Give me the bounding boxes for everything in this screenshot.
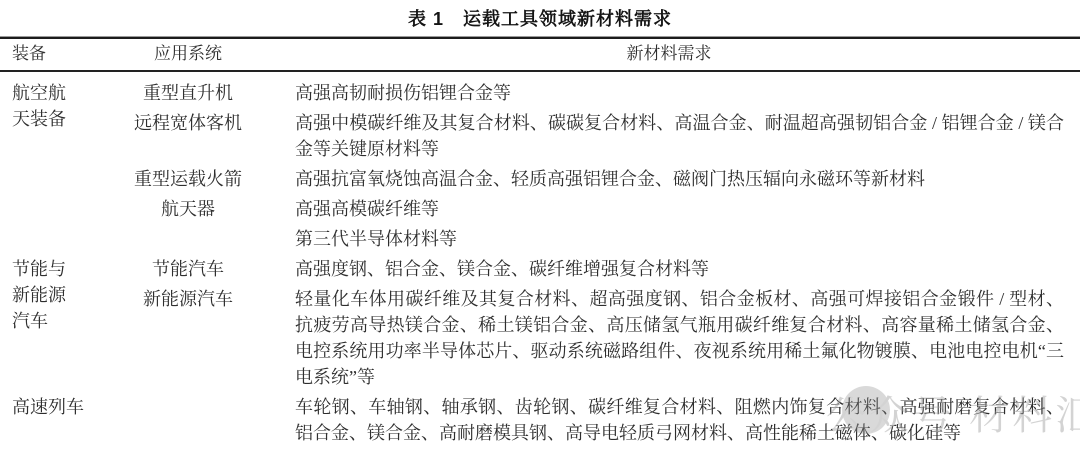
col-header-application-system: 应用系统	[118, 39, 258, 71]
table-row: 新能源汽车轻量化车体用碳纤维及其复合材料、超高强度钢、铝合金板材、高强可焊接铝合…	[0, 284, 1080, 392]
requirement-cell: 第三代半导体材料等	[258, 224, 1080, 254]
table-title: 表 1 运载工具领域新材料需求	[0, 0, 1080, 30]
table-row: 第三代半导体材料等	[0, 224, 1080, 254]
requirement-cell: 轻量化车体用碳纤维及其复合材料、超高强度钢、铝合金板材、高强可焊接铝合金锻件 /…	[258, 284, 1080, 392]
table-row: 高速列车车轮钢、车轴钢、轴承钢、齿轮钢、碳纤维复合材料、阻燃内饰复合材料、高强耐…	[0, 392, 1080, 448]
application-system-cell: 节能汽车	[118, 254, 258, 284]
application-system-cell: 重型运载火箭	[118, 164, 258, 194]
requirement-cell: 高强高韧耐损伤铝锂合金等	[258, 71, 1080, 108]
equipment-cell: 节能与 新能源 汽车	[0, 254, 118, 392]
table-row: 航天器高强高模碳纤维等	[0, 194, 1080, 224]
col-header-new-material-demand: 新材料需求	[258, 39, 1080, 71]
equipment-cell: 高速列车	[0, 392, 118, 448]
equipment-cell: 航空航 天装备	[0, 71, 118, 254]
application-system-cell: 航天器	[118, 194, 258, 224]
requirement-cell: 高强高模碳纤维等	[258, 194, 1080, 224]
table-row: 远程宽体客机高强中模碳纤维及其复合材料、碳碳复合材料、高温合金、耐温超高强韧铝合…	[0, 108, 1080, 164]
col-header-equipment: 装备	[0, 39, 118, 71]
table-row: 重型运载火箭高强抗富氧烧蚀高温合金、轻质高强铝锂合金、磁阀门热压辐向永磁环等新材…	[0, 164, 1080, 194]
requirement-cell: 高强抗富氧烧蚀高温合金、轻质高强铝锂合金、磁阀门热压辐向永磁环等新材料	[258, 164, 1080, 194]
table-figure: 表 1 运载工具领域新材料需求 装备 应用系统 新材料需求 航空航 天装备重型直…	[0, 0, 1080, 452]
materials-table: 装备 应用系统 新材料需求 航空航 天装备重型直升机高强高韧耐损伤铝锂合金等远程…	[0, 39, 1080, 448]
requirement-cell: 高强中模碳纤维及其复合材料、碳碳复合材料、高温合金、耐温超高强韧铝合金 / 铝锂…	[258, 108, 1080, 164]
requirement-cell: 高强度钢、铝合金、镁合金、碳纤维增强复合材料等	[258, 254, 1080, 284]
header-row: 装备 应用系统 新材料需求	[0, 39, 1080, 71]
application-system-cell: 新能源汽车	[118, 284, 258, 392]
application-system-cell: 重型直升机	[118, 71, 258, 108]
application-system-cell	[118, 392, 258, 448]
table-row: 节能与 新能源 汽车节能汽车高强度钢、铝合金、镁合金、碳纤维增强复合材料等	[0, 254, 1080, 284]
application-system-cell: 远程宽体客机	[118, 108, 258, 164]
requirement-cell: 车轮钢、车轴钢、轴承钢、齿轮钢、碳纤维复合材料、阻燃内饰复合材料、高强耐磨复合材…	[258, 392, 1080, 448]
table-row: 航空航 天装备重型直升机高强高韧耐损伤铝锂合金等	[0, 71, 1080, 108]
application-system-cell	[118, 224, 258, 254]
